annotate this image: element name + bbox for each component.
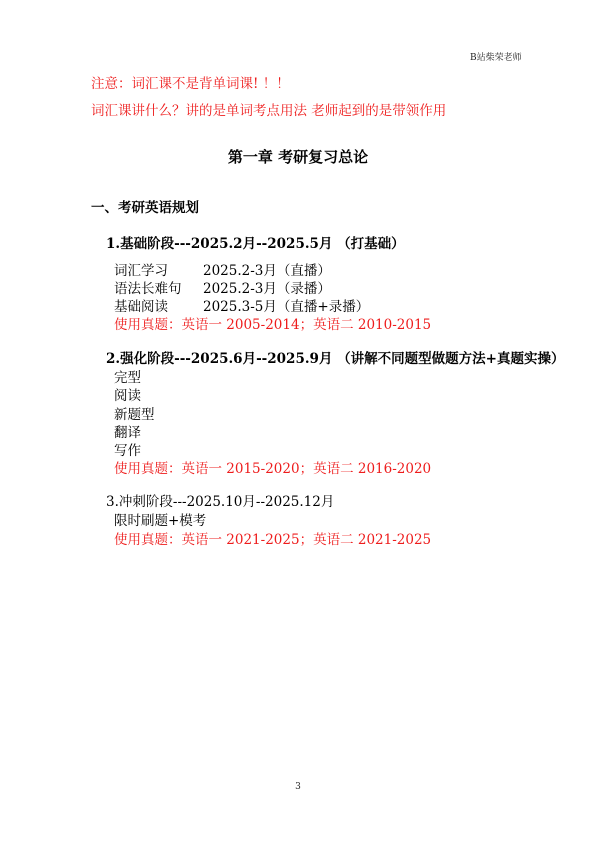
stage-1-row: 基础阅读2025.3-5月（直播+录播）	[114, 295, 369, 315]
stage-2-item: 写作	[114, 439, 141, 459]
stage-1-row: 语法长难句2025.2-3月（录播）	[114, 277, 331, 297]
stage-2-item: 完型	[114, 366, 141, 386]
notice-line-1: 注意：词汇课不是背单词课! ！！	[91, 72, 290, 92]
row-subject: 基础阅读	[114, 295, 203, 315]
row-subject: 语法长难句	[114, 277, 203, 297]
page-number: 3	[0, 782, 596, 792]
stage-2-item: 新题型	[114, 403, 155, 423]
notice-line-2: 词汇课讲什么？讲的是单词考点用法 老师起到的是带领作用	[91, 99, 446, 119]
stage-3-papers: 使用真题：英语一 2021-2025；英语二 2021-2025	[114, 528, 431, 548]
chapter-title: 第一章 考研复习总论	[0, 146, 596, 167]
stage-2-item: 阅读	[114, 384, 141, 404]
section-heading: 一、考研英语规划	[91, 196, 199, 216]
stage-1-heading: 1.基础阶段---2025.2月--2025.5月 （打基础）	[106, 232, 405, 252]
stage-2-papers: 使用真题：英语一 2015-2020；英语二 2016-2020	[114, 457, 431, 477]
stage-2-item: 翻译	[114, 421, 141, 441]
header-author-tag: B站柴荣老师	[470, 50, 522, 63]
stage-3-item: 限时刷题+模考	[114, 509, 206, 529]
stage-3-heading: 3.冲刺阶段---2025.10月--2025.12月	[106, 490, 334, 510]
stage-1-row: 词汇学习2025.2-3月（直播）	[114, 259, 331, 279]
row-subject: 词汇学习	[114, 259, 203, 279]
stage-2-heading: 2.强化阶段---2025.6月--2025.9月 （讲解不同题型做题方法+真题…	[106, 347, 564, 367]
stage-1-papers: 使用真题：英语一 2005-2014；英语二 2010-2015	[114, 313, 431, 333]
